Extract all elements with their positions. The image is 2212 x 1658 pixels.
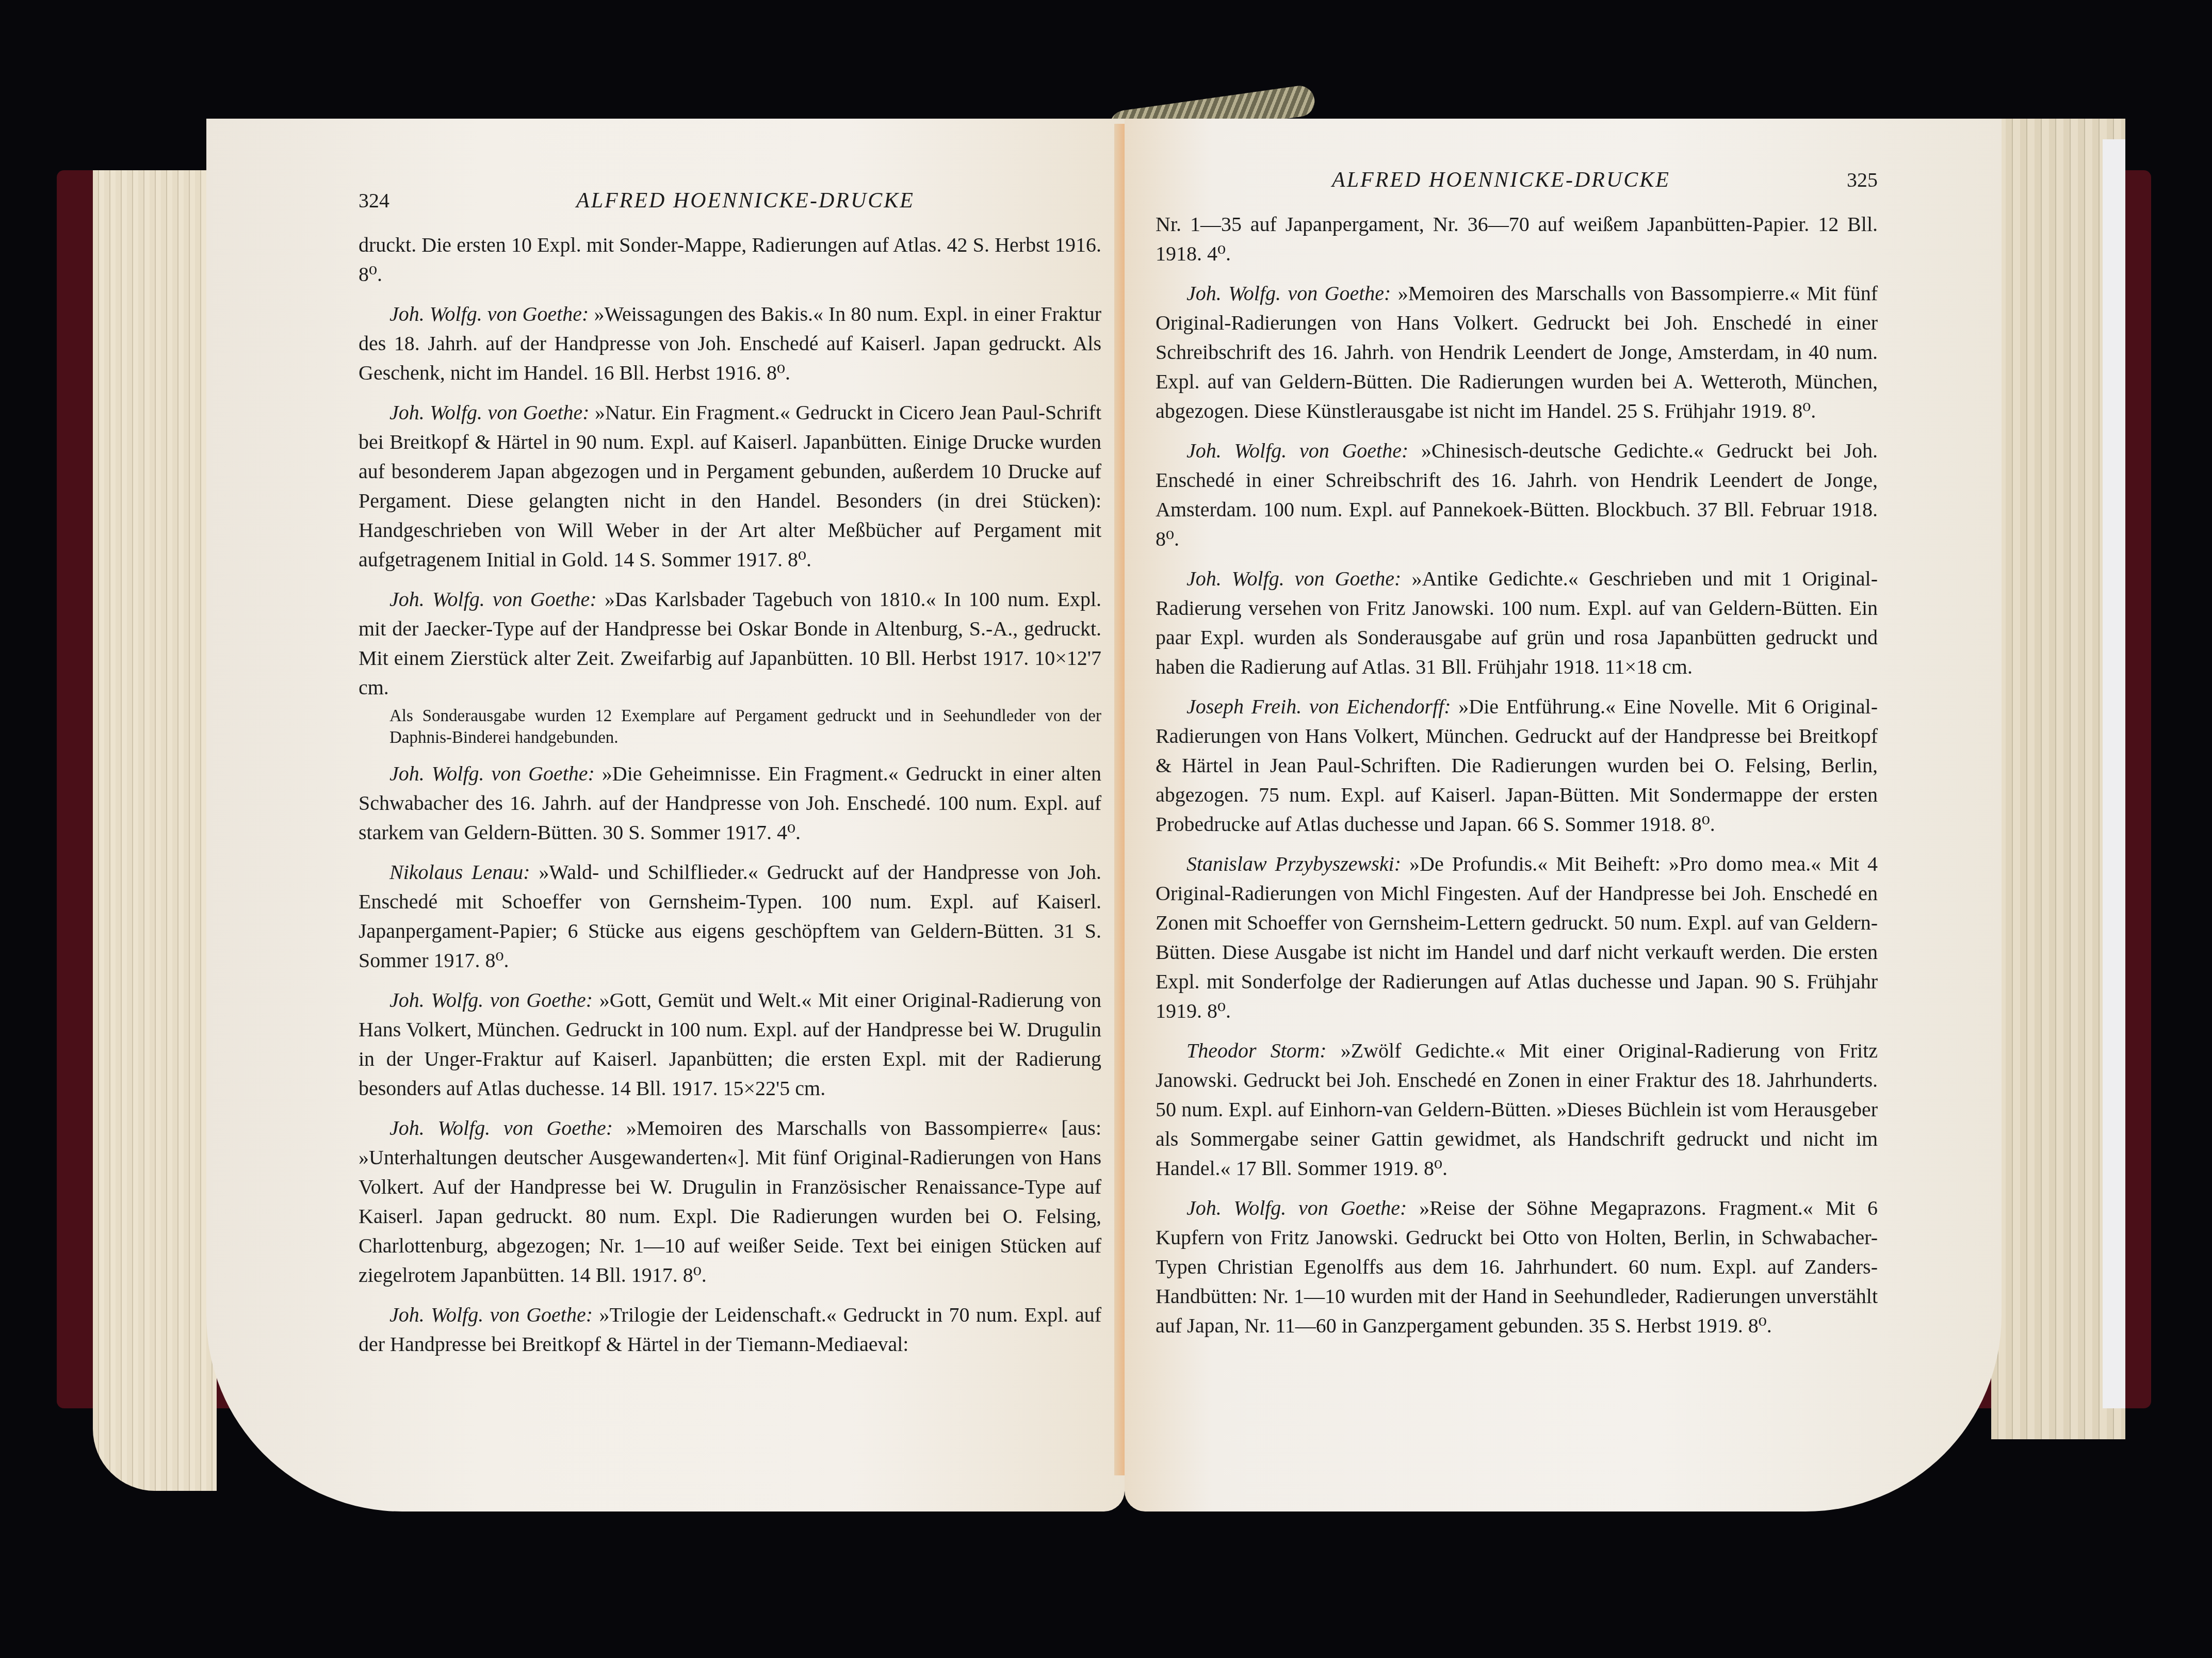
right-running-head: ALFRED HOENNICKE-DRUCKE 325 <box>1156 165 1878 195</box>
entry-author: Joseph Freih. von Eichendorff: <box>1186 695 1451 718</box>
entry-author: Joh. Wolfg. von Goethe: <box>389 401 590 424</box>
entry-author: Joh. Wolfg. von Goethe: <box>1186 1196 1407 1220</box>
entry-author: Joh. Wolfg. von Goethe: <box>389 1116 613 1140</box>
entry: Joh. Wolfg. von Goethe: »Antike Gedichte… <box>1156 564 1878 681</box>
page-number: 325 <box>1847 165 1878 194</box>
entry: Joseph Freih. von Eichendorff: »Die Entf… <box>1156 692 1878 839</box>
entry-author: Joh. Wolfg. von Goethe: <box>1186 439 1408 462</box>
book-photo: 324 ALFRED HOENNICKE-DRUCKE druckt. Die … <box>0 0 2212 1658</box>
left-page: 324 ALFRED HOENNICKE-DRUCKE druckt. Die … <box>206 119 1125 1511</box>
entry: Joh. Wolfg. von Goethe: »Trilogie der Le… <box>359 1300 1101 1359</box>
entry-author: Joh. Wolfg. von Goethe: <box>389 588 597 611</box>
entry: Joh. Wolfg. von Goethe: »Reise der Söhne… <box>1156 1193 1878 1340</box>
entry-author: Joh. Wolfg. von Goethe: <box>389 988 593 1012</box>
entry-author: Joh. Wolfg. von Goethe: <box>389 1303 593 1326</box>
entry-author: Stanislaw Przybyszewski: <box>1186 852 1401 875</box>
running-head-title: ALFRED HOENNICKE-DRUCKE <box>1156 166 1847 195</box>
entry: druckt. Die ersten 10 Expl. mit Sonder-M… <box>359 230 1101 289</box>
right-page-edges <box>1991 119 2125 1439</box>
entry-author: Nikolaus Lenau: <box>389 860 530 884</box>
page-number: 324 <box>359 186 389 215</box>
entry: Joh. Wolfg. von Goethe: »Natur. Ein Frag… <box>359 398 1101 574</box>
entry-author: Joh. Wolfg. von Goethe: <box>389 762 595 785</box>
entry: Nr. 1—35 auf Japanpergament, Nr. 36—70 a… <box>1156 209 1878 268</box>
right-page: ALFRED HOENNICKE-DRUCKE 325 Nr. 1—35 auf… <box>1125 119 2002 1511</box>
entry: Joh. Wolfg. von Goethe: »Chinesisch-deut… <box>1156 436 1878 554</box>
entry: Joh. Wolfg. von Goethe: »Die Geheimnisse… <box>359 759 1101 847</box>
entry-author: Joh. Wolfg. von Goethe: <box>1186 567 1401 590</box>
entry: Joh. Wolfg. von Goethe: »Memoiren des Ma… <box>359 1113 1101 1290</box>
left-page-edges <box>93 170 217 1491</box>
entry: Stanislaw Przybyszewski: »De Profundis.«… <box>1156 849 1878 1026</box>
running-head-title: ALFRED HOENNICKE-DRUCKE <box>389 186 1101 216</box>
entry: Joh. Wolfg. von Goethe: »Memoiren des Ma… <box>1156 279 1878 426</box>
entry-note: Als Sonderausgabe wurden 12 Exemplare au… <box>389 705 1101 749</box>
entry-author: Theodor Storm: <box>1186 1039 1327 1062</box>
entry-author: Joh. Wolfg. von Goethe: <box>1186 282 1391 305</box>
entry: Theodor Storm: »Zwölf Gedichte.« Mit ein… <box>1156 1036 1878 1183</box>
left-text-block: 324 ALFRED HOENNICKE-DRUCKE druckt. Die … <box>359 186 1101 1369</box>
entry: Joh. Wolfg. von Goethe: »Gott, Gemüt und… <box>359 985 1101 1103</box>
right-text-block: ALFRED HOENNICKE-DRUCKE 325 Nr. 1—35 auf… <box>1156 165 1878 1351</box>
entry: Nikolaus Lenau: »Wald- und Schilflieder.… <box>359 857 1101 975</box>
entry: Joh. Wolfg. von Goethe: »Weissagungen de… <box>359 299 1101 387</box>
entry: Joh. Wolfg. von Goethe: »Das Karlsbader … <box>359 584 1101 702</box>
entry-author: Joh. Wolfg. von Goethe: <box>389 302 589 326</box>
left-running-head: 324 ALFRED HOENNICKE-DRUCKE <box>359 186 1101 216</box>
